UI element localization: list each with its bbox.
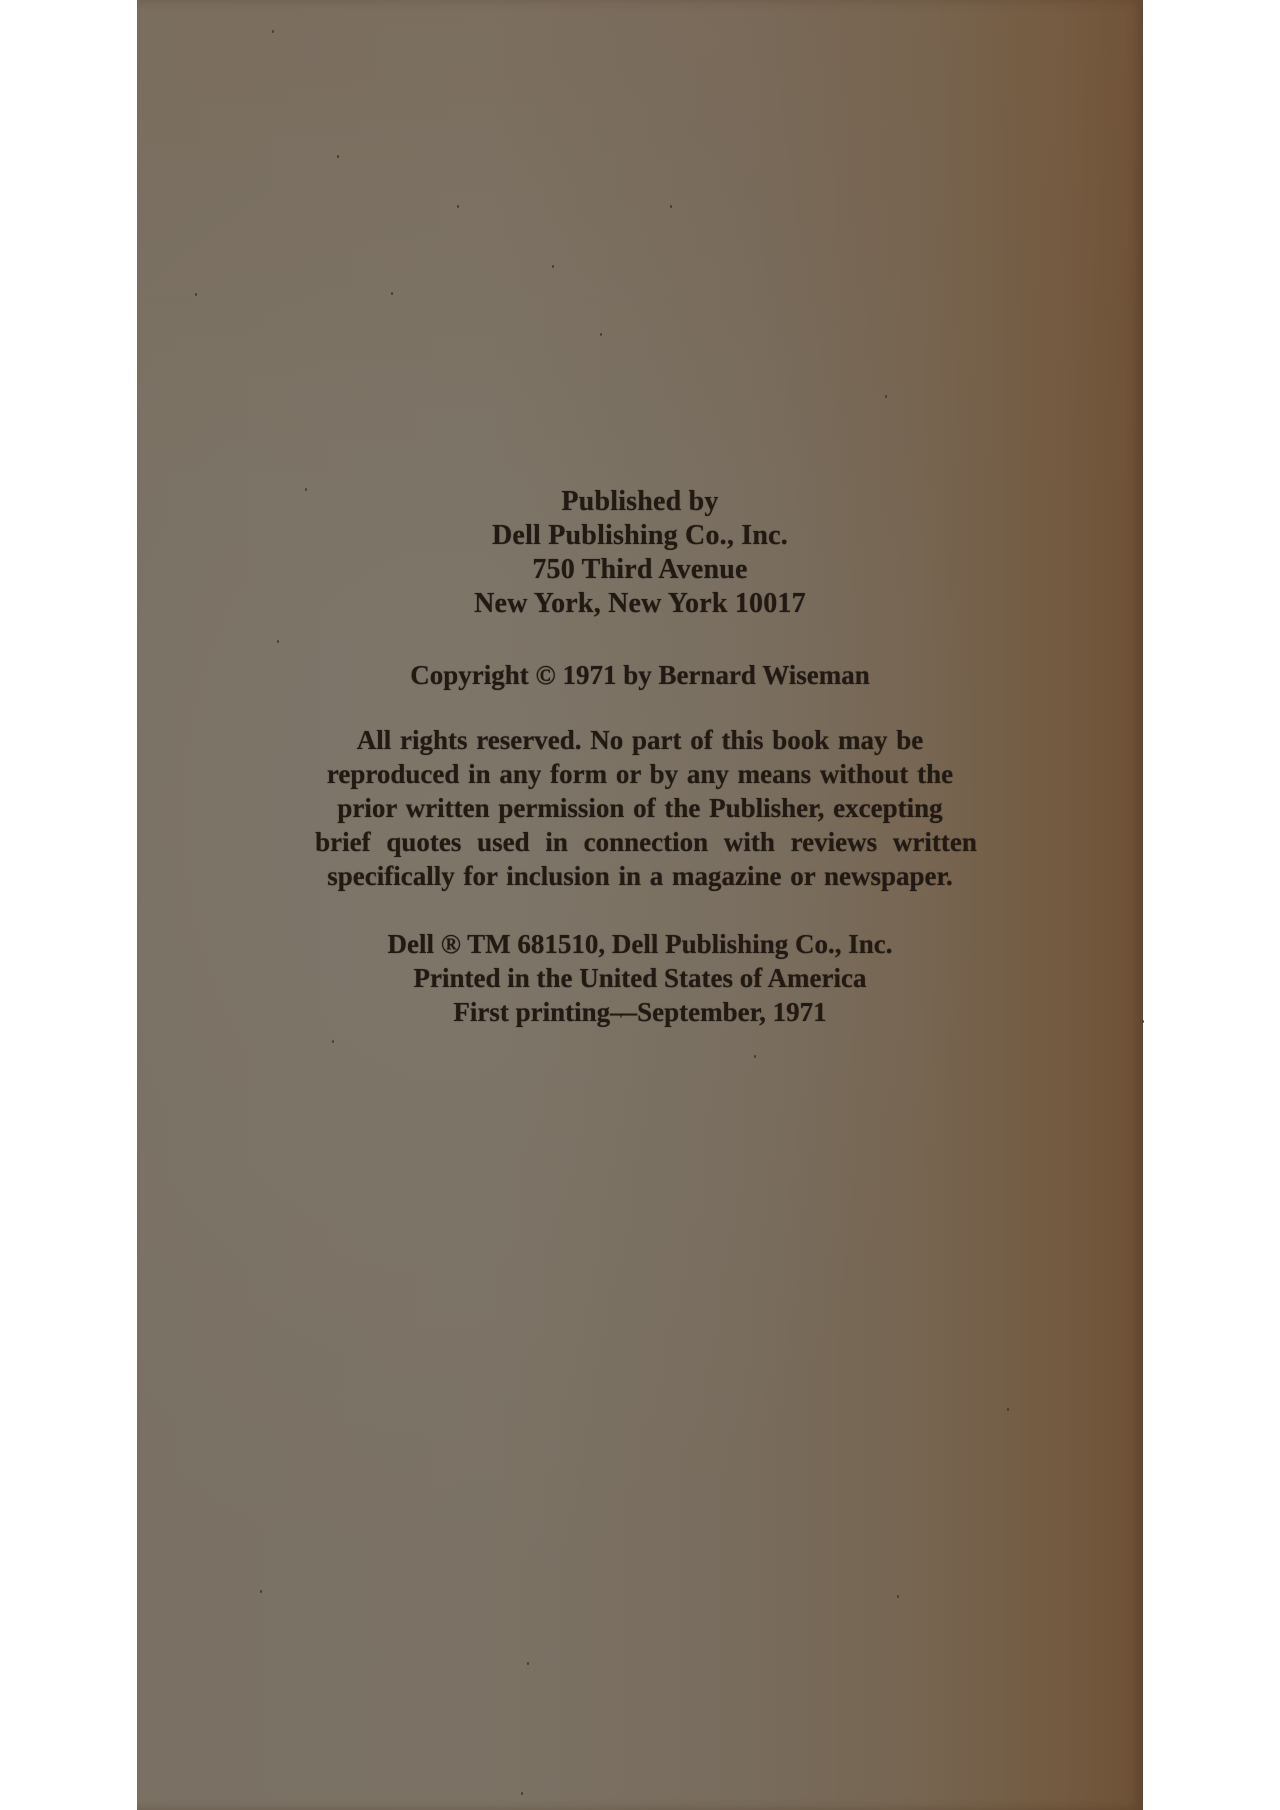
first-printing-line: First printing—September, 1971 bbox=[137, 995, 1143, 1029]
paper-speck bbox=[527, 1662, 529, 1665]
paper-speck bbox=[195, 293, 197, 296]
paper-speck bbox=[600, 333, 602, 336]
publisher-line: Published by bbox=[137, 485, 1143, 519]
paper-speck bbox=[885, 395, 887, 398]
publisher-city: New York, New York 10017 bbox=[137, 587, 1143, 621]
paper-speck bbox=[277, 640, 279, 643]
rights-notice: All rights reserved. No part of this boo… bbox=[137, 723, 1143, 893]
paper-speck bbox=[754, 1055, 756, 1058]
publisher-block: Published by Dell Publishing Co., Inc. 7… bbox=[137, 485, 1143, 621]
paper-speck bbox=[457, 205, 459, 208]
paper-speck bbox=[272, 30, 275, 34]
paper-speck bbox=[1007, 1408, 1009, 1411]
book-page: Published by Dell Publishing Co., Inc. 7… bbox=[137, 0, 1143, 1810]
paper-speck bbox=[260, 1590, 262, 1593]
paper-speck bbox=[521, 1792, 523, 1795]
trademark-block: Dell ® TM 681510, Dell Publishing Co., I… bbox=[137, 927, 1143, 1029]
trademark-line: Dell ® TM 681510, Dell Publishing Co., I… bbox=[137, 927, 1143, 961]
paper-tint bbox=[137, 0, 1143, 500]
paper-speck bbox=[332, 1040, 334, 1043]
publisher-street: 750 Third Avenue bbox=[137, 553, 1143, 587]
copyright-notice: Copyright © 1971 by Bernard Wiseman bbox=[137, 658, 1143, 692]
copyright-line: Copyright © 1971 by Bernard Wiseman bbox=[137, 658, 1143, 692]
rights-line: reproduced in any form or by any means w… bbox=[137, 757, 1143, 791]
rights-line: prior written permission of the Publishe… bbox=[137, 791, 1143, 825]
rights-line: specifically for inclusion in a magazine… bbox=[137, 859, 1143, 893]
paper-speck bbox=[337, 155, 339, 158]
paper-speck bbox=[552, 265, 554, 268]
paper-speck bbox=[670, 205, 672, 208]
publisher-name: Dell Publishing Co., Inc. bbox=[137, 519, 1143, 553]
rights-line: All rights reserved. No part of this boo… bbox=[137, 723, 1143, 757]
paper-speck bbox=[897, 1595, 899, 1598]
printed-in-line: Printed in the United States of America bbox=[137, 961, 1143, 995]
paper-speck bbox=[391, 292, 393, 295]
rights-line: brief quotes used in connection with rev… bbox=[137, 825, 1143, 859]
